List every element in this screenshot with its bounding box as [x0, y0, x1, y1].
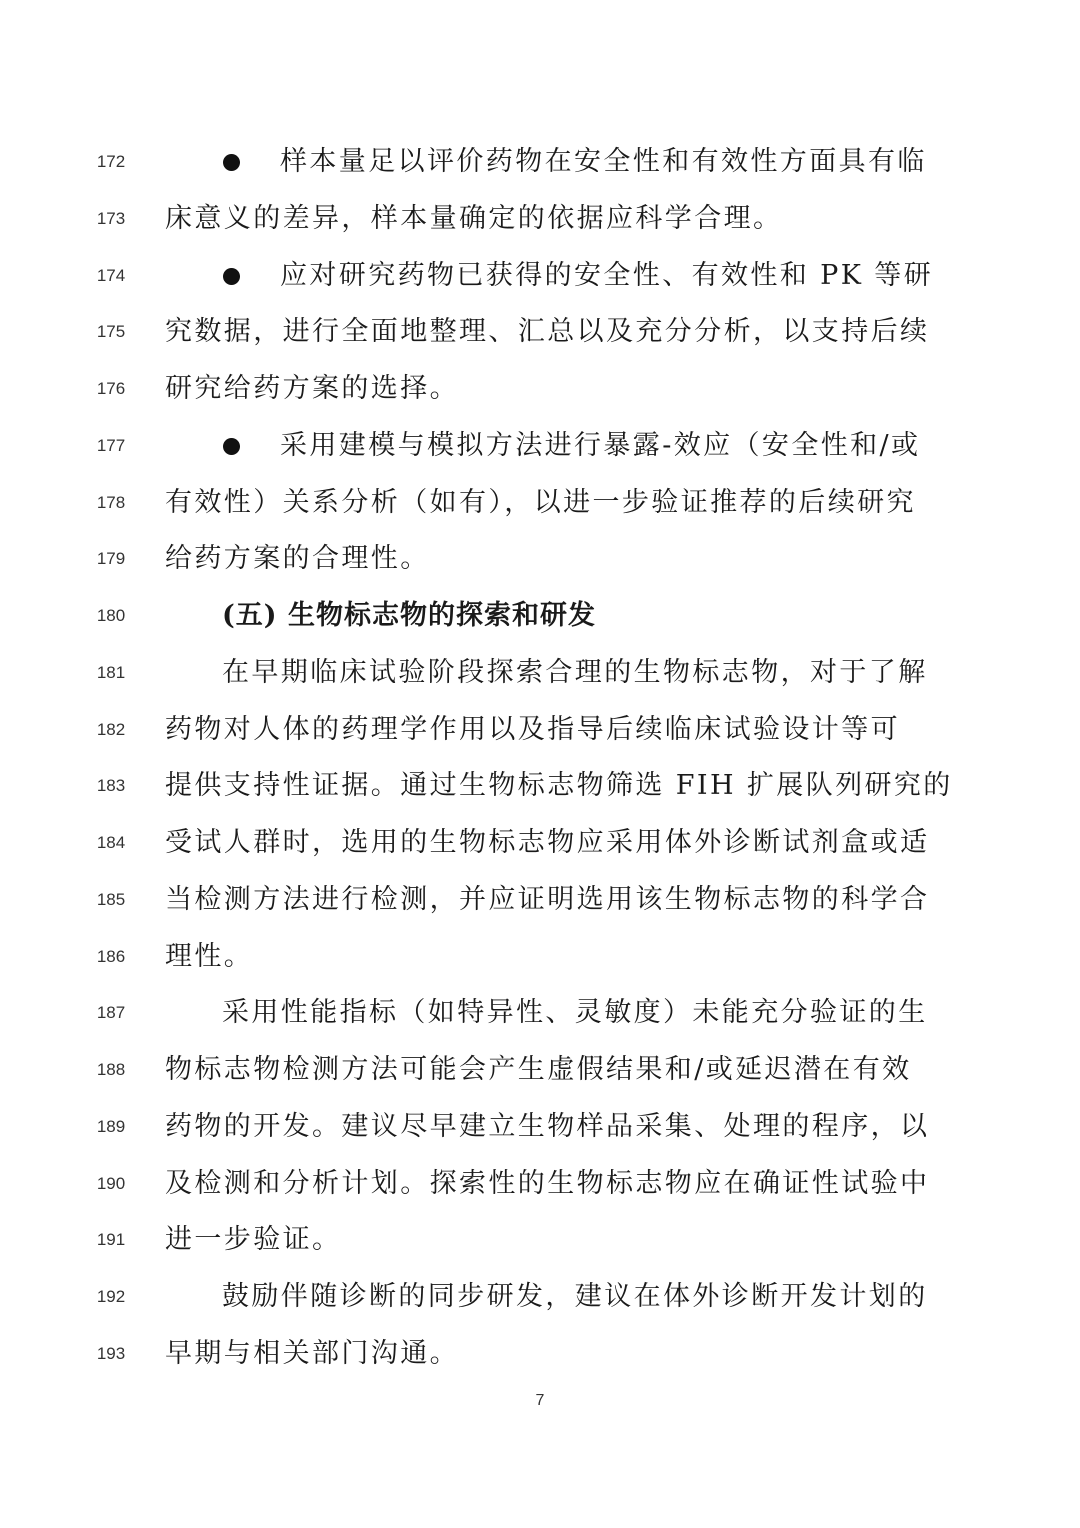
- document-line: 193早期与相关部门沟通。: [0, 1334, 1080, 1374]
- line-number: 193: [86, 1344, 136, 1364]
- line-number: 174: [86, 266, 136, 286]
- document-page: 172样本量足以评价药物在安全性和有效性方面具有临173床意义的差异，样本量确定…: [0, 0, 1080, 1528]
- line-number: 190: [86, 1174, 136, 1194]
- line-number: 191: [86, 1230, 136, 1250]
- page-number: 7: [0, 1392, 1080, 1410]
- bullet-icon: [223, 268, 240, 285]
- paragraph-text: 在早期临床试验阶段探索合理的生物标志物，对于了解: [222, 653, 928, 693]
- line-number: 173: [86, 209, 136, 229]
- line-number: 186: [86, 947, 136, 967]
- paragraph-text: 床意义的差异，样本量确定的依据应科学合理。: [165, 199, 782, 239]
- paragraph-text: 鼓励伴随诊断的同步研发，建议在体外诊断开发计划的: [222, 1277, 928, 1317]
- paragraph-text: 进一步验证。: [165, 1220, 341, 1260]
- document-line: 188物标志物检测方法可能会产生虚假结果和/或延迟潜在有效: [0, 1050, 1080, 1090]
- line-number: 187: [86, 1003, 136, 1023]
- line-number: 182: [86, 720, 136, 740]
- line-number: 192: [86, 1287, 136, 1307]
- paragraph-text: 采用性能指标（如特异性、灵敏度）未能充分验证的生: [222, 993, 928, 1033]
- document-line: 190及检测和分析计划。探索性的生物标志物应在确证性试验中: [0, 1164, 1080, 1204]
- document-line: 179给药方案的合理性。: [0, 539, 1080, 579]
- document-line: 174应对研究药物已获得的安全性、有效性和 PK 等研: [0, 256, 1080, 296]
- document-line: 189药物的开发。建议尽早建立生物样品采集、处理的程序，以: [0, 1107, 1080, 1147]
- bullet-icon: [223, 438, 240, 455]
- line-number: 188: [86, 1060, 136, 1080]
- line-number: 172: [86, 152, 136, 172]
- document-line: 183提供支持性证据。通过生物标志物筛选 FIH 扩展队列研究的: [0, 766, 1080, 806]
- paragraph-text: 样本量足以评价药物在安全性和有效性方面具有临: [280, 142, 927, 182]
- line-number: 180: [86, 606, 136, 626]
- document-line: 191进一步验证。: [0, 1220, 1080, 1260]
- document-line: 177采用建模与模拟方法进行暴露-效应（安全性和/或: [0, 426, 1080, 466]
- paragraph-text: 药物对人体的药理学作用以及指导后续临床试验设计等可: [165, 710, 900, 750]
- paragraph-text: 应对研究药物已获得的安全性、有效性和 PK 等研: [280, 256, 933, 296]
- document-line: 172样本量足以评价药物在安全性和有效性方面具有临: [0, 142, 1080, 182]
- document-line: 173床意义的差异，样本量确定的依据应科学合理。: [0, 199, 1080, 239]
- paragraph-text: 当检测方法进行检测，并应证明选用该生物标志物的科学合: [165, 880, 929, 920]
- bullet-icon: [223, 154, 240, 171]
- section-heading: (五) 生物标志物的探索和研发: [222, 596, 596, 636]
- paragraph-text: 及检测和分析计划。探索性的生物标志物应在确证性试验中: [165, 1164, 929, 1204]
- document-line: 178有效性）关系分析（如有），以进一步验证推荐的后续研究: [0, 483, 1080, 523]
- document-line: 186理性。: [0, 937, 1080, 977]
- paragraph-text: 理性。: [165, 937, 253, 977]
- paragraph-text: 早期与相关部门沟通。: [165, 1334, 459, 1374]
- line-number: 176: [86, 379, 136, 399]
- paragraph-text: 物标志物检测方法可能会产生虚假结果和/或延迟潜在有效: [165, 1050, 912, 1090]
- paragraph-text: 有效性）关系分析（如有），以进一步验证推荐的后续研究: [165, 483, 916, 523]
- paragraph-text: 研究给药方案的选择。: [165, 369, 459, 409]
- document-line: 176研究给药方案的选择。: [0, 369, 1080, 409]
- document-line: 175究数据，进行全面地整理、汇总以及充分分析，以支持后续: [0, 312, 1080, 352]
- line-number: 181: [86, 663, 136, 683]
- line-number: 175: [86, 322, 136, 342]
- line-number: 189: [86, 1117, 136, 1137]
- paragraph-text: 采用建模与模拟方法进行暴露-效应（安全性和/或: [280, 426, 920, 466]
- document-line: 182药物对人体的药理学作用以及指导后续临床试验设计等可: [0, 710, 1080, 750]
- document-line: 192鼓励伴随诊断的同步研发，建议在体外诊断开发计划的: [0, 1277, 1080, 1317]
- line-number: 183: [86, 776, 136, 796]
- line-number: 185: [86, 890, 136, 910]
- document-line: 180(五) 生物标志物的探索和研发: [0, 596, 1080, 636]
- paragraph-text: 提供支持性证据。通过生物标志物筛选 FIH 扩展队列研究的: [165, 766, 953, 806]
- line-number: 179: [86, 549, 136, 569]
- line-number: 178: [86, 493, 136, 513]
- document-line: 181在早期临床试验阶段探索合理的生物标志物，对于了解: [0, 653, 1080, 693]
- line-number: 177: [86, 436, 136, 456]
- paragraph-text: 究数据，进行全面地整理、汇总以及充分分析，以支持后续: [165, 312, 929, 352]
- paragraph-text: 给药方案的合理性。: [165, 539, 430, 579]
- paragraph-text: 受试人群时，选用的生物标志物应采用体外诊断试剂盒或适: [165, 823, 929, 863]
- document-line: 187采用性能指标（如特异性、灵敏度）未能充分验证的生: [0, 993, 1080, 1033]
- document-line: 184受试人群时，选用的生物标志物应采用体外诊断试剂盒或适: [0, 823, 1080, 863]
- document-line: 185当检测方法进行检测，并应证明选用该生物标志物的科学合: [0, 880, 1080, 920]
- paragraph-text: 药物的开发。建议尽早建立生物样品采集、处理的程序，以: [165, 1107, 929, 1147]
- line-number: 184: [86, 833, 136, 853]
